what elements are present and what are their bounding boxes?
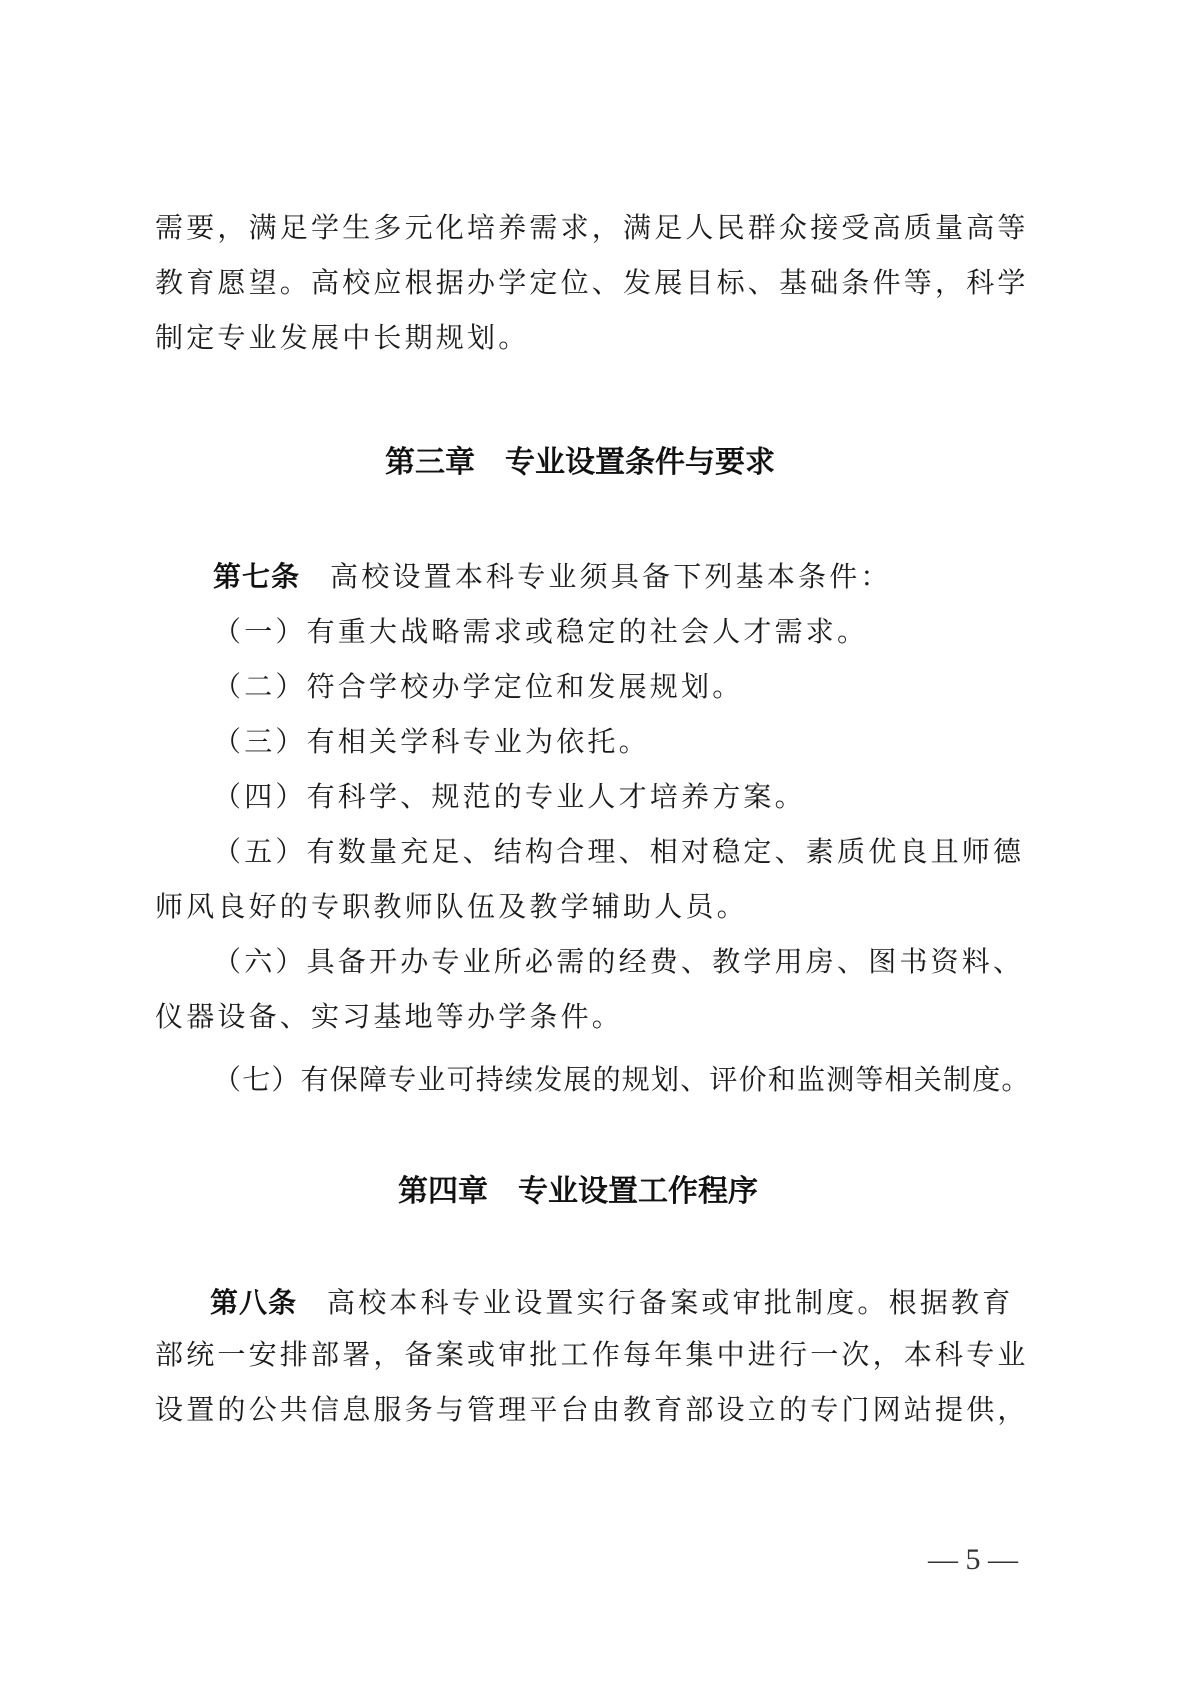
list-item: （三）有相关学科专业为依托。 (213, 722, 650, 762)
list-item: （二）符合学校办学定位和发展规划。 (213, 667, 743, 707)
paragraph-line: 制定专业发展中长期规划。 (155, 318, 529, 358)
article-label: 第七条 (213, 560, 300, 593)
article-7: 第七条高校设置本科专业须具备下列基本条件： (213, 557, 892, 597)
chapter-4-heading: 第四章专业设置工作程序 (398, 1172, 758, 1212)
chapter-number: 第四章 (398, 1174, 488, 1209)
chapter-title: 专业设置条件与要求 (505, 445, 775, 480)
list-item: （七）有保障专业可持续发展的规划、评价和监测等相关制度。 (213, 1060, 1031, 1100)
article-8: 第八条高校本科专业设置实行备案或审批制度。根据教育 (210, 1283, 1013, 1323)
chapter-number: 第三章 (385, 445, 475, 480)
article-label: 第八条 (210, 1286, 297, 1319)
list-item: （六）具备开办专业所必需的经费、教学用房、图书资料、 (213, 942, 1024, 982)
paragraph-line: 需要，满足学生多元化培养需求，满足人民群众接受高质量高等 (155, 208, 1029, 248)
list-item: （一）有重大战略需求或稳定的社会人才需求。 (213, 612, 868, 652)
list-item: （四）有科学、规范的专业人才培养方案。 (213, 777, 806, 817)
article-text: 高校设置本科专业须具备下列基本条件： (330, 560, 892, 593)
list-item-continuation: 仪器设备、实习基地等办学条件。 (155, 997, 623, 1037)
chapter-title: 专业设置工作程序 (518, 1174, 758, 1209)
paragraph-line: 教育愿望。高校应根据办学定位、发展目标、基础条件等，科学 (155, 263, 1029, 303)
page-number: — 5 — (928, 1540, 1018, 1580)
paragraph-line: 设置的公共信息服务与管理平台由教育部设立的专门网站提供， (155, 1390, 1029, 1430)
list-item-continuation: 师风良好的专职教师队伍及教学辅助人员。 (155, 887, 748, 927)
paragraph-line: 部统一安排部署，备案或审批工作每年集中进行一次，本科专业 (155, 1335, 1029, 1375)
chapter-3-heading: 第三章专业设置条件与要求 (385, 443, 775, 483)
article-text: 高校本科专业设置实行备案或审批制度。根据教育 (327, 1286, 1013, 1319)
list-item: （五）有数量充足、结构合理、相对稳定、素质优良且师德 (213, 832, 1024, 872)
